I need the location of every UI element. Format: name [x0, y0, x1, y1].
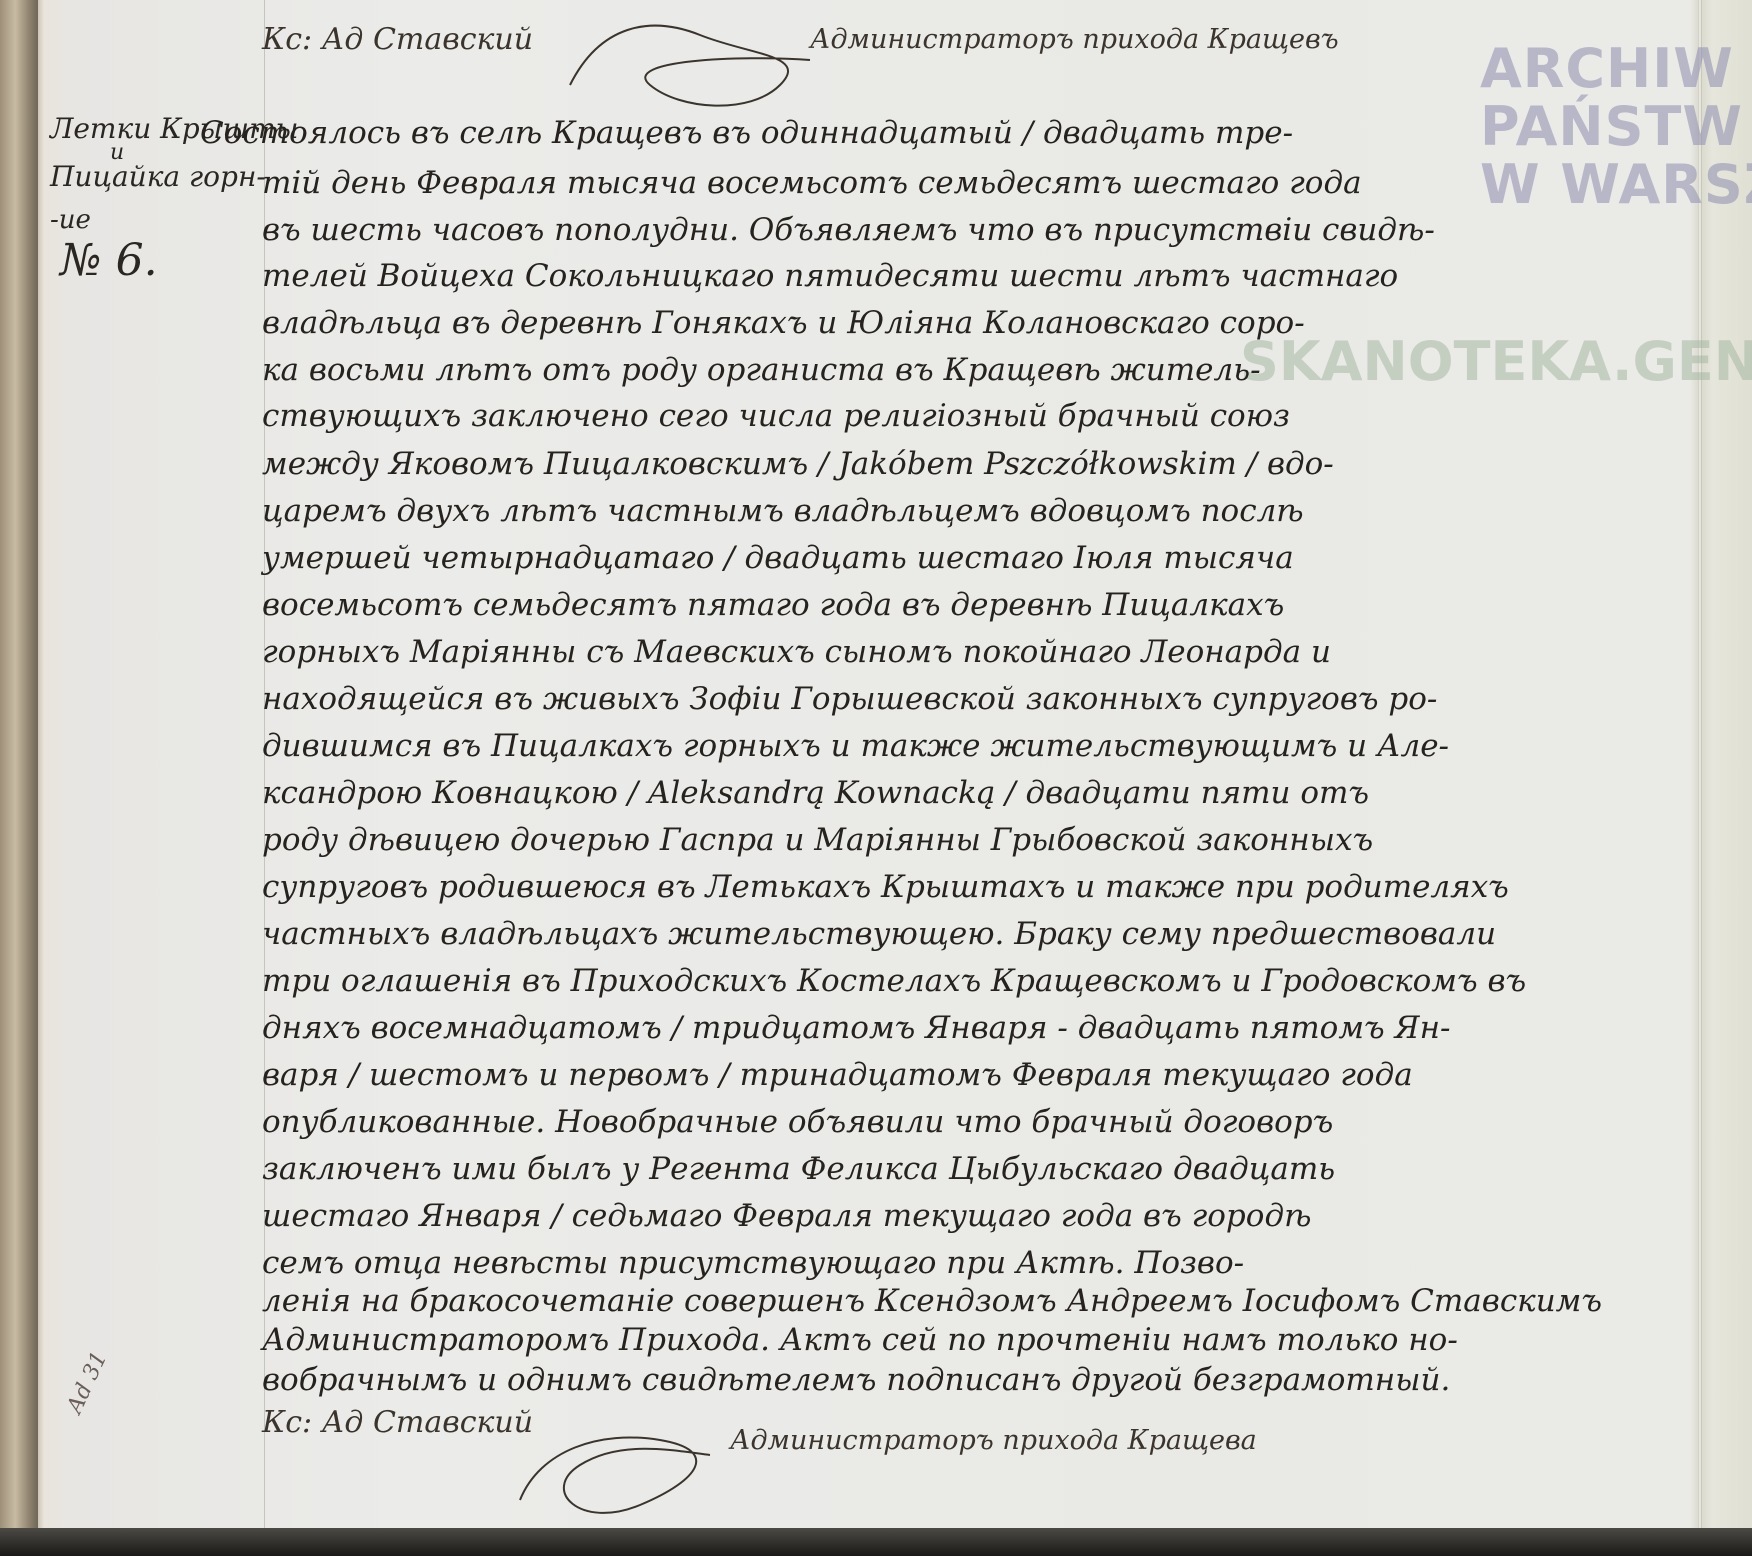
signature-flourish-icon [560, 15, 820, 115]
body-line: ленія на бракосочетаніе совершенъ Ксендз… [262, 1283, 1602, 1319]
scan-bottom-edge [0, 1528, 1752, 1556]
body-line: Состоялось въ селѣ Кращевъ въ одиннадцат… [200, 115, 1293, 151]
body-line: заключенъ ими былъ у Регента Феликса Цыб… [262, 1151, 1335, 1187]
body-line: супруговъ родившеюся въ Летькахъ Крыштах… [262, 869, 1509, 905]
record-number: № 6. [60, 235, 158, 286]
signature-name: Ад Ставский [322, 22, 533, 57]
footer-signature-name: Кс: Ад Ставский [262, 1405, 533, 1440]
body-line: въ шесть часовъ пополудни. Объявляемъ чт… [262, 212, 1435, 248]
body-line: телей Войцеха Сокольницкаго пятидесяти ш… [262, 258, 1398, 294]
pencil-margin-note: Ad 31 [62, 1348, 112, 1417]
body-line: горныхъ Маріянны съ Маевскихъ сыномъ пок… [262, 634, 1331, 670]
signature-flourish-icon [500, 1410, 720, 1520]
body-line: ствующихъ заключено сего числа религіозн… [262, 398, 1290, 434]
skanoteka-watermark: SKANOTEKA.GEN [1240, 330, 1752, 393]
footer-signature-title: Администраторъ прихода Кращева [730, 1425, 1257, 1456]
body-line: ксандрою Ковнацкою / Aleksandrą Kownacką… [262, 775, 1369, 811]
signature-prefix: Кс: [262, 1405, 312, 1440]
header-signature-title: Администраторъ прихода Кращевъ [810, 24, 1339, 55]
body-line: частныхъ владѣльцахъ жительствующею. Бра… [262, 916, 1496, 952]
body-line: находящейся въ живыхъ Зофіи Горышевской … [262, 681, 1437, 717]
body-line: три оглашенія въ Приходскихъ Костелахъ К… [262, 963, 1526, 999]
watermark-line: W WARSZ [1480, 156, 1752, 214]
body-line: владѣльца въ деревнѣ Гонякахъ и Юліяна К… [262, 305, 1305, 341]
body-line: тій день Февраля тысяча восемьсотъ семьд… [262, 165, 1362, 201]
body-line: варя / шестомъ и первомъ / тринадцатомъ … [262, 1057, 1413, 1093]
body-line: вобрачнымъ и однимъ свидѣтелемъ подписан… [262, 1362, 1450, 1398]
body-line: царемъ двухъ лѣтъ частнымъ владѣльцемъ в… [262, 493, 1304, 529]
body-line: опубликованные. Новобрачные объявили что… [262, 1104, 1333, 1140]
margin-place-line: Пицайка горн- [50, 160, 266, 193]
body-line: между Яковомъ Пицалковскимъ / Jakóbem Ps… [262, 446, 1334, 482]
document-scan: ARCHIW PAŃSTW W WARSZ SKANOTEKA.GEN Кс: … [0, 0, 1752, 1528]
body-line: дняхъ восемнадцатомъ / тридцатомъ Января… [262, 1010, 1450, 1046]
margin-place-line: -ие [50, 205, 91, 235]
archive-watermark: ARCHIW PAŃSTW W WARSZ [1480, 40, 1752, 214]
body-line: семъ отца невѣсты присутствующаго при Ак… [262, 1245, 1244, 1281]
body-line: умершей четырнадцатаго / двадцать шестаг… [262, 540, 1294, 576]
watermark-line: ARCHIW [1480, 40, 1752, 98]
body-line: Администраторомъ Прихода. Актъ сей по пр… [262, 1322, 1458, 1358]
page-fold [1698, 0, 1702, 1528]
body-line: восемьсотъ семьдесятъ пятаго года въ дер… [262, 587, 1284, 623]
body-line: дившимся въ Пицалкахъ горныхъ и также жи… [262, 728, 1449, 764]
body-line: ка восьми лѣтъ отъ роду органиста въ Кра… [262, 352, 1261, 388]
signature-prefix: Кс: [262, 22, 312, 57]
watermark-line: PAŃSTW [1480, 98, 1752, 156]
body-line: шестаго Января / седьмаго Февраля текуща… [262, 1198, 1311, 1234]
book-binding-edge [0, 0, 38, 1528]
header-signature-name: Кс: Ад Ставский [262, 22, 533, 57]
body-line: роду дѣвицею дочерью Гаспра и Маріянны Г… [262, 822, 1373, 858]
